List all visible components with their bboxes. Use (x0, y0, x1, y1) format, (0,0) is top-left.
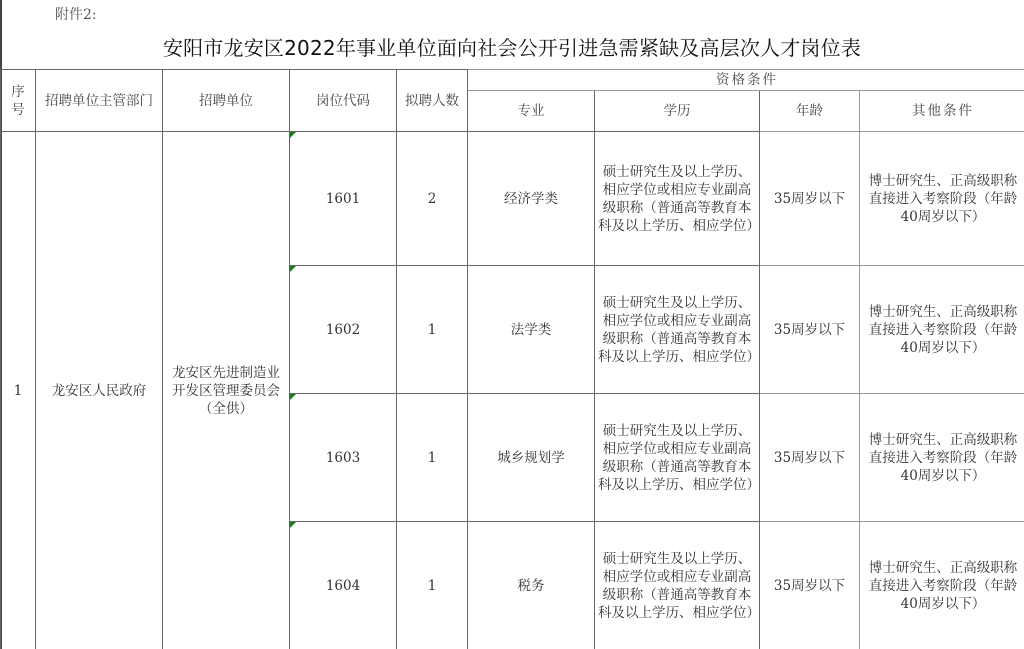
cell-other[interactable]: 博士研究生、正高级职称直接进入考察阶段（年龄40周岁以下） (860, 522, 1024, 649)
header-qualifications[interactable]: 资格条件 (468, 70, 1024, 91)
header-dept[interactable]: 招聘单位主管部门 (36, 70, 163, 132)
attachment-label: 附件2: (55, 4, 97, 24)
cell-education[interactable]: 硕士研究生及以上学历、相应学位或相应专业副高级职称（普通高等教育本科及以上学历、… (595, 266, 760, 394)
spreadsheet-page: 附件2: 安阳市龙安区2022年事业单位面向社会公开引进急需紧缺及高层次人才岗位… (0, 0, 1024, 649)
header-major[interactable]: 专业 (468, 91, 595, 132)
cell-count[interactable]: 1 (397, 522, 468, 649)
cell-age[interactable]: 35周岁以下 (760, 394, 860, 522)
header-seq[interactable]: 序 号 (1, 70, 36, 132)
cell-age[interactable]: 35周岁以下 (760, 132, 860, 266)
cell-education[interactable]: 硕士研究生及以上学历、相应学位或相应专业副高级职称（普通高等教育本科及以上学历、… (595, 394, 760, 522)
cell-count[interactable]: 2 (397, 132, 468, 266)
cell-education[interactable]: 硕士研究生及以上学历、相应学位或相应专业副高级职称（普通高等教育本科及以上学历、… (595, 132, 760, 266)
cell-education[interactable]: 硕士研究生及以上学历、相应学位或相应专业副高级职称（普通高等教育本科及以上学历、… (595, 522, 760, 649)
cell-major[interactable]: 法学类 (468, 266, 595, 394)
cell-seq[interactable]: 1 (1, 132, 36, 649)
table-row: 1 龙安区人民政府 龙安区先进制造业开发区管理委员会 （全供） 1601 2 经… (1, 132, 1024, 266)
cell-age[interactable]: 35周岁以下 (760, 522, 860, 649)
header-age[interactable]: 年龄 (760, 91, 860, 132)
cell-count[interactable]: 1 (397, 394, 468, 522)
cell-age[interactable]: 35周岁以下 (760, 266, 860, 394)
header-other[interactable]: 其他条件 (860, 91, 1024, 132)
cell-code[interactable]: 1602 (290, 266, 397, 394)
cell-unit[interactable]: 龙安区先进制造业开发区管理委员会 （全供） (163, 132, 290, 649)
header-unit[interactable]: 招聘单位 (163, 70, 290, 132)
cell-other[interactable]: 博士研究生、正高级职称直接进入考察阶段（年龄40周岁以下） (860, 132, 1024, 266)
header-count[interactable]: 拟聘人数 (397, 70, 468, 132)
cell-code[interactable]: 1604 (290, 522, 397, 649)
document-title: 安阳市龙安区2022年事业单位面向社会公开引进急需紧缺及高层次人才岗位表 (0, 32, 1024, 61)
cell-other[interactable]: 博士研究生、正高级职称直接进入考察阶段（年龄40周岁以下） (860, 266, 1024, 394)
header-education[interactable]: 学历 (595, 91, 760, 132)
cell-count[interactable]: 1 (397, 266, 468, 394)
cell-major[interactable]: 经济学类 (468, 132, 595, 266)
cell-major[interactable]: 税务 (468, 522, 595, 649)
cell-dept[interactable]: 龙安区人民政府 (36, 132, 163, 649)
positions-table: 序 号 招聘单位主管部门 招聘单位 岗位代码 拟聘人数 资格条件 专业 学历 年… (0, 69, 1024, 649)
cell-major[interactable]: 城乡规划学 (468, 394, 595, 522)
cell-other[interactable]: 博士研究生、正高级职称直接进入考察阶段（年龄40周岁以下） (860, 394, 1024, 522)
header-code[interactable]: 岗位代码 (290, 70, 397, 132)
cell-code[interactable]: 1603 (290, 394, 397, 522)
cell-code[interactable]: 1601 (290, 132, 397, 266)
